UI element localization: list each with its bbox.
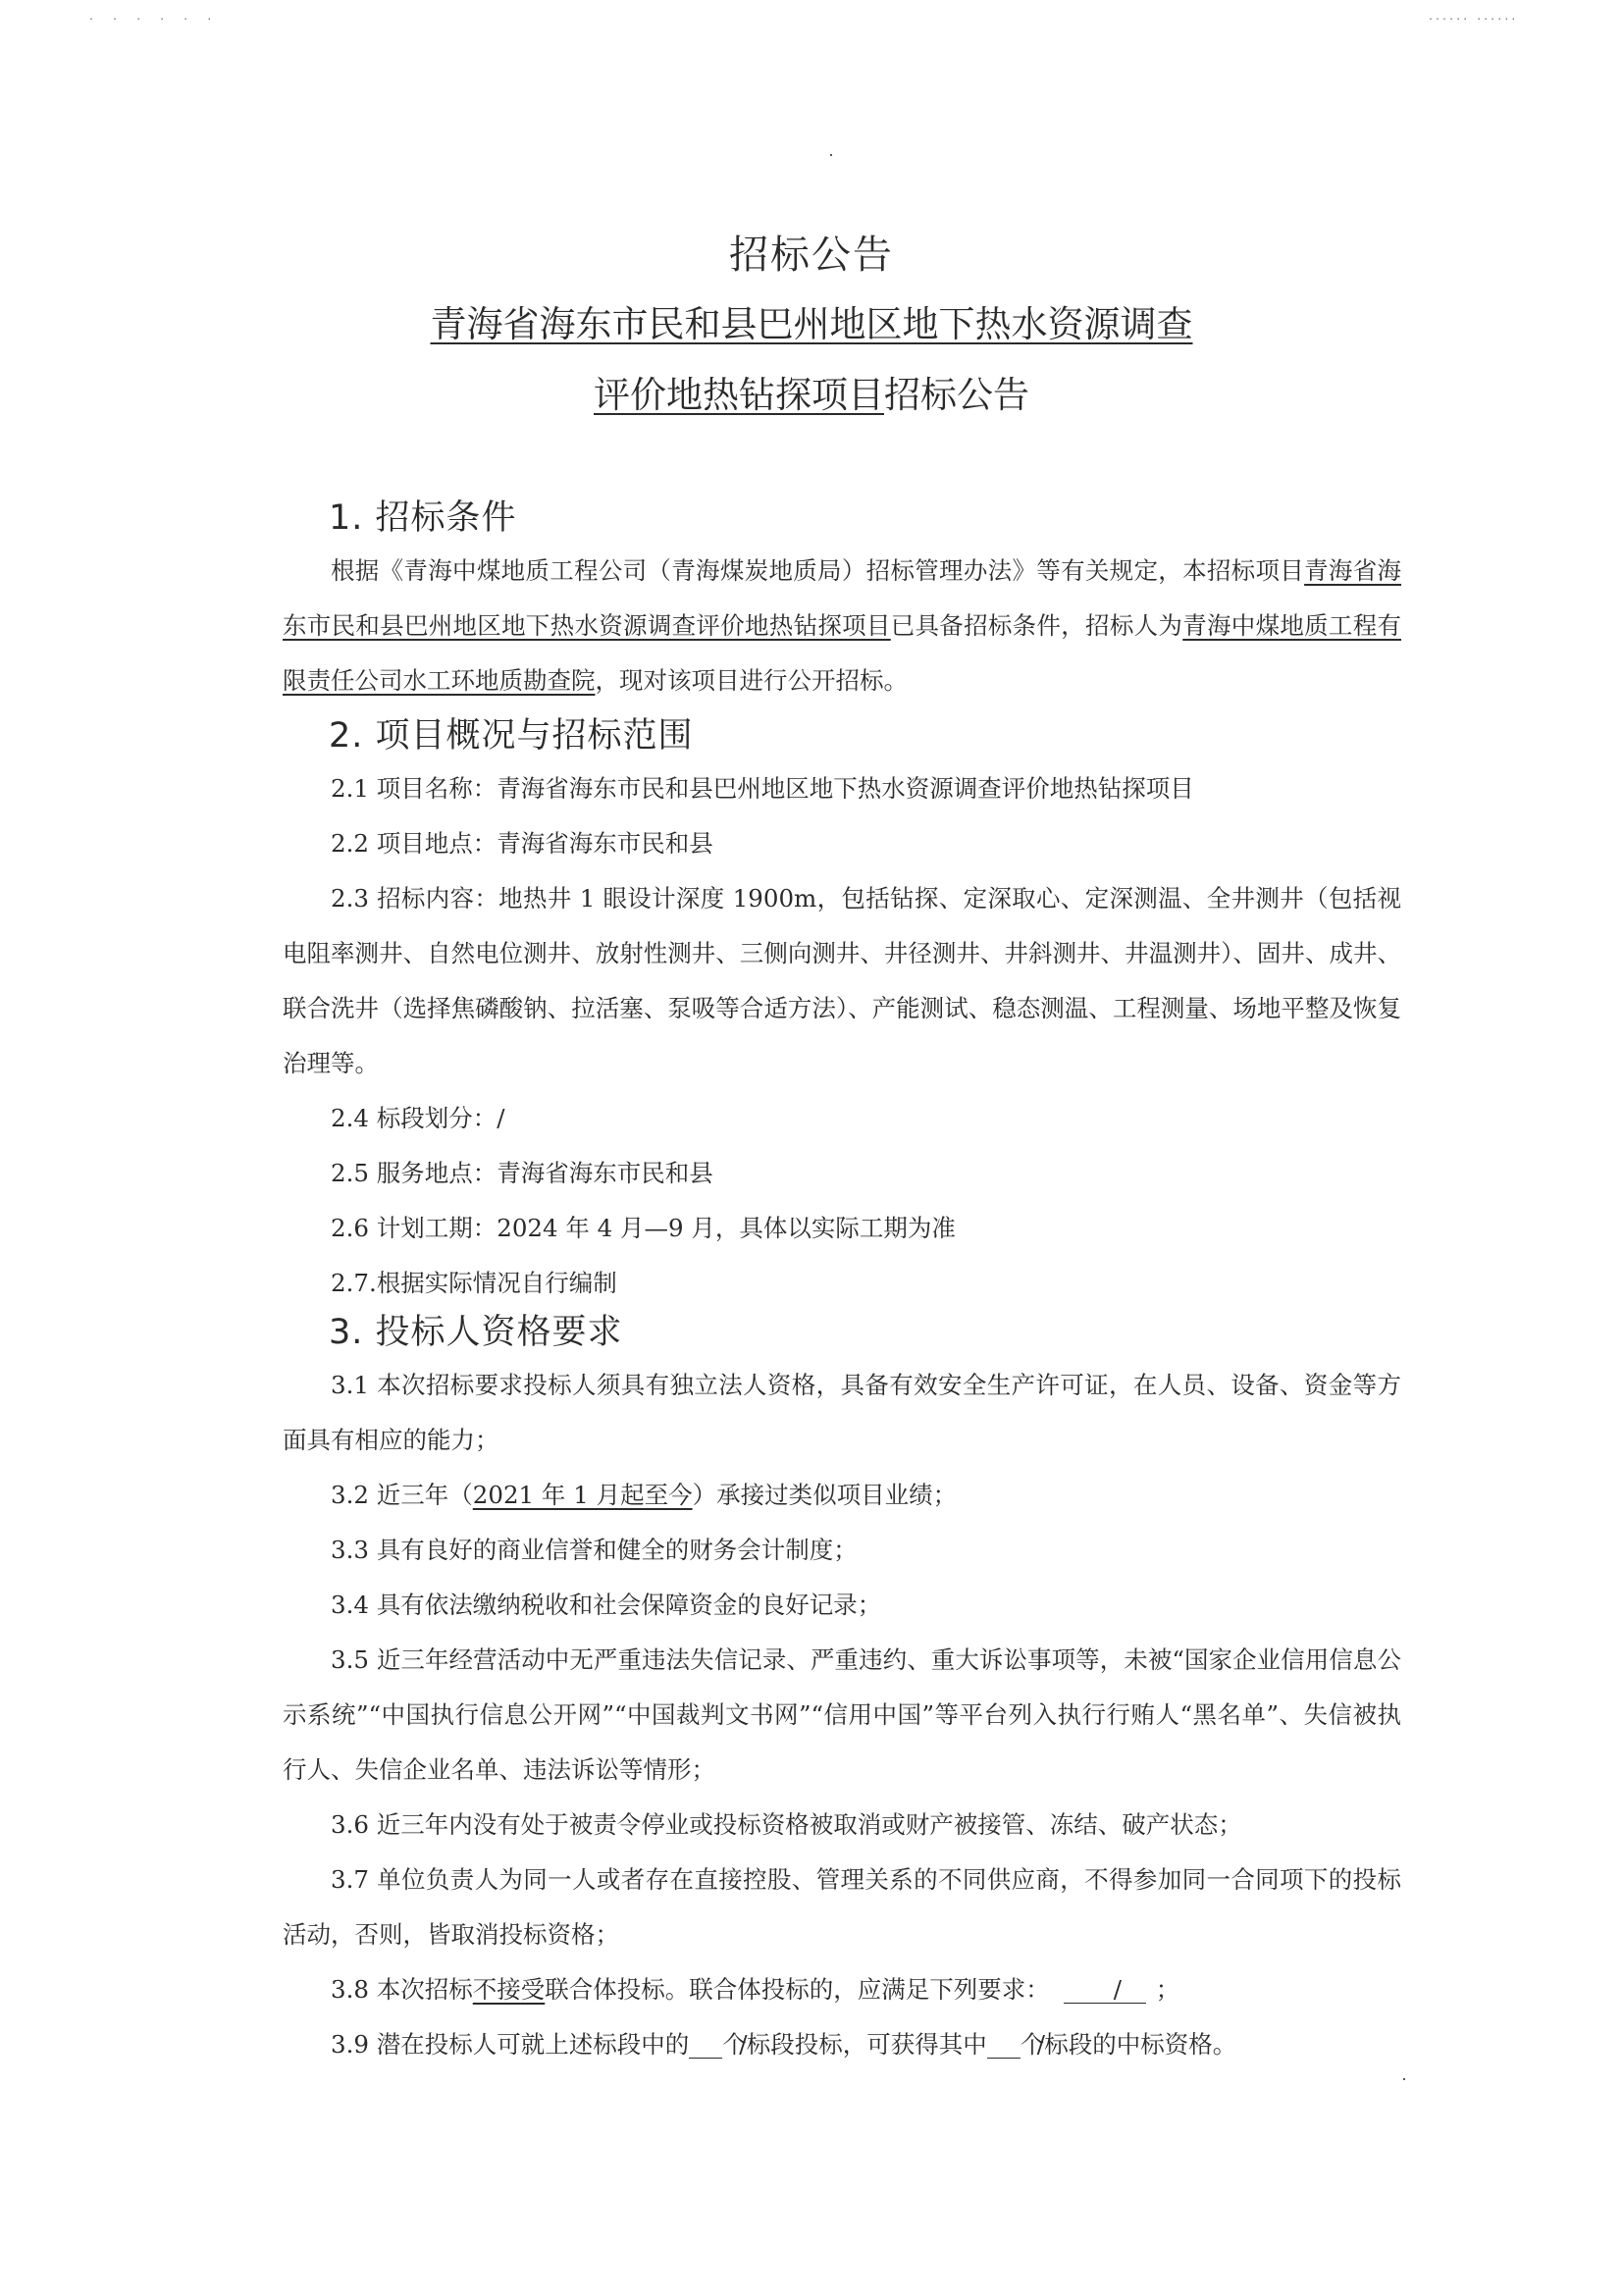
not-accept-underlined: 不接受 bbox=[473, 1975, 546, 2004]
item-2-6: 2.6 计划工期：2024 年 4 月—9 月，具体以实际工期为准 bbox=[283, 1201, 1401, 1256]
item-text: 个标段的中标资格。 bbox=[1021, 2030, 1237, 2059]
subtitle-line1-text: 青海省海东市民和县巴州地区地下热水资源调查 bbox=[431, 303, 1193, 345]
consortium-requirement-blank: / bbox=[1064, 1978, 1146, 2004]
document-title: 招标公告 bbox=[0, 224, 1623, 280]
document-subtitle-line2: 评价地热钻探项目招标公告 bbox=[0, 365, 1623, 418]
item-2-4: 2.4 标段划分：/ bbox=[283, 1091, 1401, 1146]
scan-artifact-top-right: ...... ...... bbox=[1428, 12, 1517, 23]
item-text: 3.9 潜在投标人可就上述标段中的 bbox=[331, 2030, 689, 2059]
item-3-1: 3.1 本次招标要求投标人须具有独立法人资格，具备有效安全生产许可证，在人员、设… bbox=[283, 1358, 1401, 1468]
scan-artifact-top-left: . . . . . . bbox=[88, 12, 218, 23]
para-text: 根据《青海中煤地质工程公司（青海煤炭地质局）招标管理办法》等有关规定，本招标项目 bbox=[331, 556, 1304, 585]
section-1-heading: 1. 招标条件 bbox=[329, 491, 517, 540]
item-2-1: 2.1 项目名称：青海省海东市民和县巴州地区地下热水资源调查评价地热钻探项目 bbox=[283, 761, 1401, 816]
para-text: 已具备招标条件，招标人为 bbox=[891, 611, 1182, 640]
subtitle-line2-rest: 招标公告 bbox=[884, 374, 1029, 416]
item-3-7: 3.7 单位负责人为同一人或者存在直接控股、管理关系的不同供应商，不得参加同一合… bbox=[283, 1852, 1401, 1962]
section-2-heading: 2. 项目概况与招标范围 bbox=[329, 708, 694, 757]
item-3-5: 3.5 近三年经营活动中无严重违法失信记录、严重违约、重大诉讼事项等，未被“国家… bbox=[283, 1633, 1401, 1798]
section-1-paragraph: 根据《青海中煤地质工程公司（青海煤炭地质局）招标管理办法》等有关规定，本招标项目… bbox=[283, 544, 1401, 708]
lot-count-blank: / bbox=[689, 2033, 722, 2059]
item-3-8: 3.8 本次招标不接受联合体投标。联合体投标的，应满足下列要求：/； bbox=[283, 1962, 1401, 2017]
period-underlined: 2021 年 1 月起至今 bbox=[473, 1481, 693, 1509]
item-3-2: 3.2 近三年（2021 年 1 月起至今）承接过类似项目业绩； bbox=[283, 1468, 1401, 1523]
item-3-6: 3.6 近三年内没有处于被责令停业或投标资格被取消或财产被接管、冻结、破产状态； bbox=[283, 1798, 1401, 1852]
item-3-4: 3.4 具有依法缴纳税收和社会保障资金的良好记录； bbox=[283, 1578, 1401, 1633]
scan-speck bbox=[830, 154, 832, 156]
item-3-3: 3.3 具有良好的商业信誉和健全的财务会计制度； bbox=[283, 1523, 1401, 1578]
item-2-3: 2.3 招标内容：地热井 1 眼设计深度 1900m，包括钻探、定深取心、定深测… bbox=[283, 871, 1401, 1091]
document-subtitle-line1: 青海省海东市民和县巴州地区地下热水资源调查 bbox=[0, 294, 1623, 347]
item-text: 3.2 近三年（ bbox=[331, 1481, 473, 1509]
section-3-heading: 3. 投标人资格要求 bbox=[329, 1305, 623, 1354]
item-text: 联合体投标。联合体投标的，应满足下列要求： bbox=[545, 1975, 1050, 2004]
item-2-2: 2.2 项目地点：青海省海东市民和县 bbox=[283, 816, 1401, 871]
item-3-9: 3.9 潜在投标人可就上述标段中的/个标段投标，可获得其中/个标段的中标资格。 bbox=[283, 2017, 1401, 2072]
item-text: ； bbox=[1156, 1975, 1180, 2004]
scan-speck bbox=[1403, 2078, 1405, 2080]
subtitle-line2-underlined: 评价地热钻探项目 bbox=[594, 374, 884, 416]
award-lot-count-blank: / bbox=[987, 2033, 1021, 2059]
item-2-5: 2.5 服务地点：青海省海东市民和县 bbox=[283, 1146, 1401, 1201]
item-text: ）承接过类似项目业绩； bbox=[693, 1481, 958, 1509]
item-2-7: 2.7.根据实际情况自行编制 bbox=[283, 1256, 1401, 1311]
item-text: 个标段投标，可获得其中 bbox=[722, 2030, 987, 2059]
para-text: ，现对该项目进行公开招标。 bbox=[596, 666, 909, 695]
item-text: 3.8 本次招标 bbox=[331, 1975, 473, 2004]
